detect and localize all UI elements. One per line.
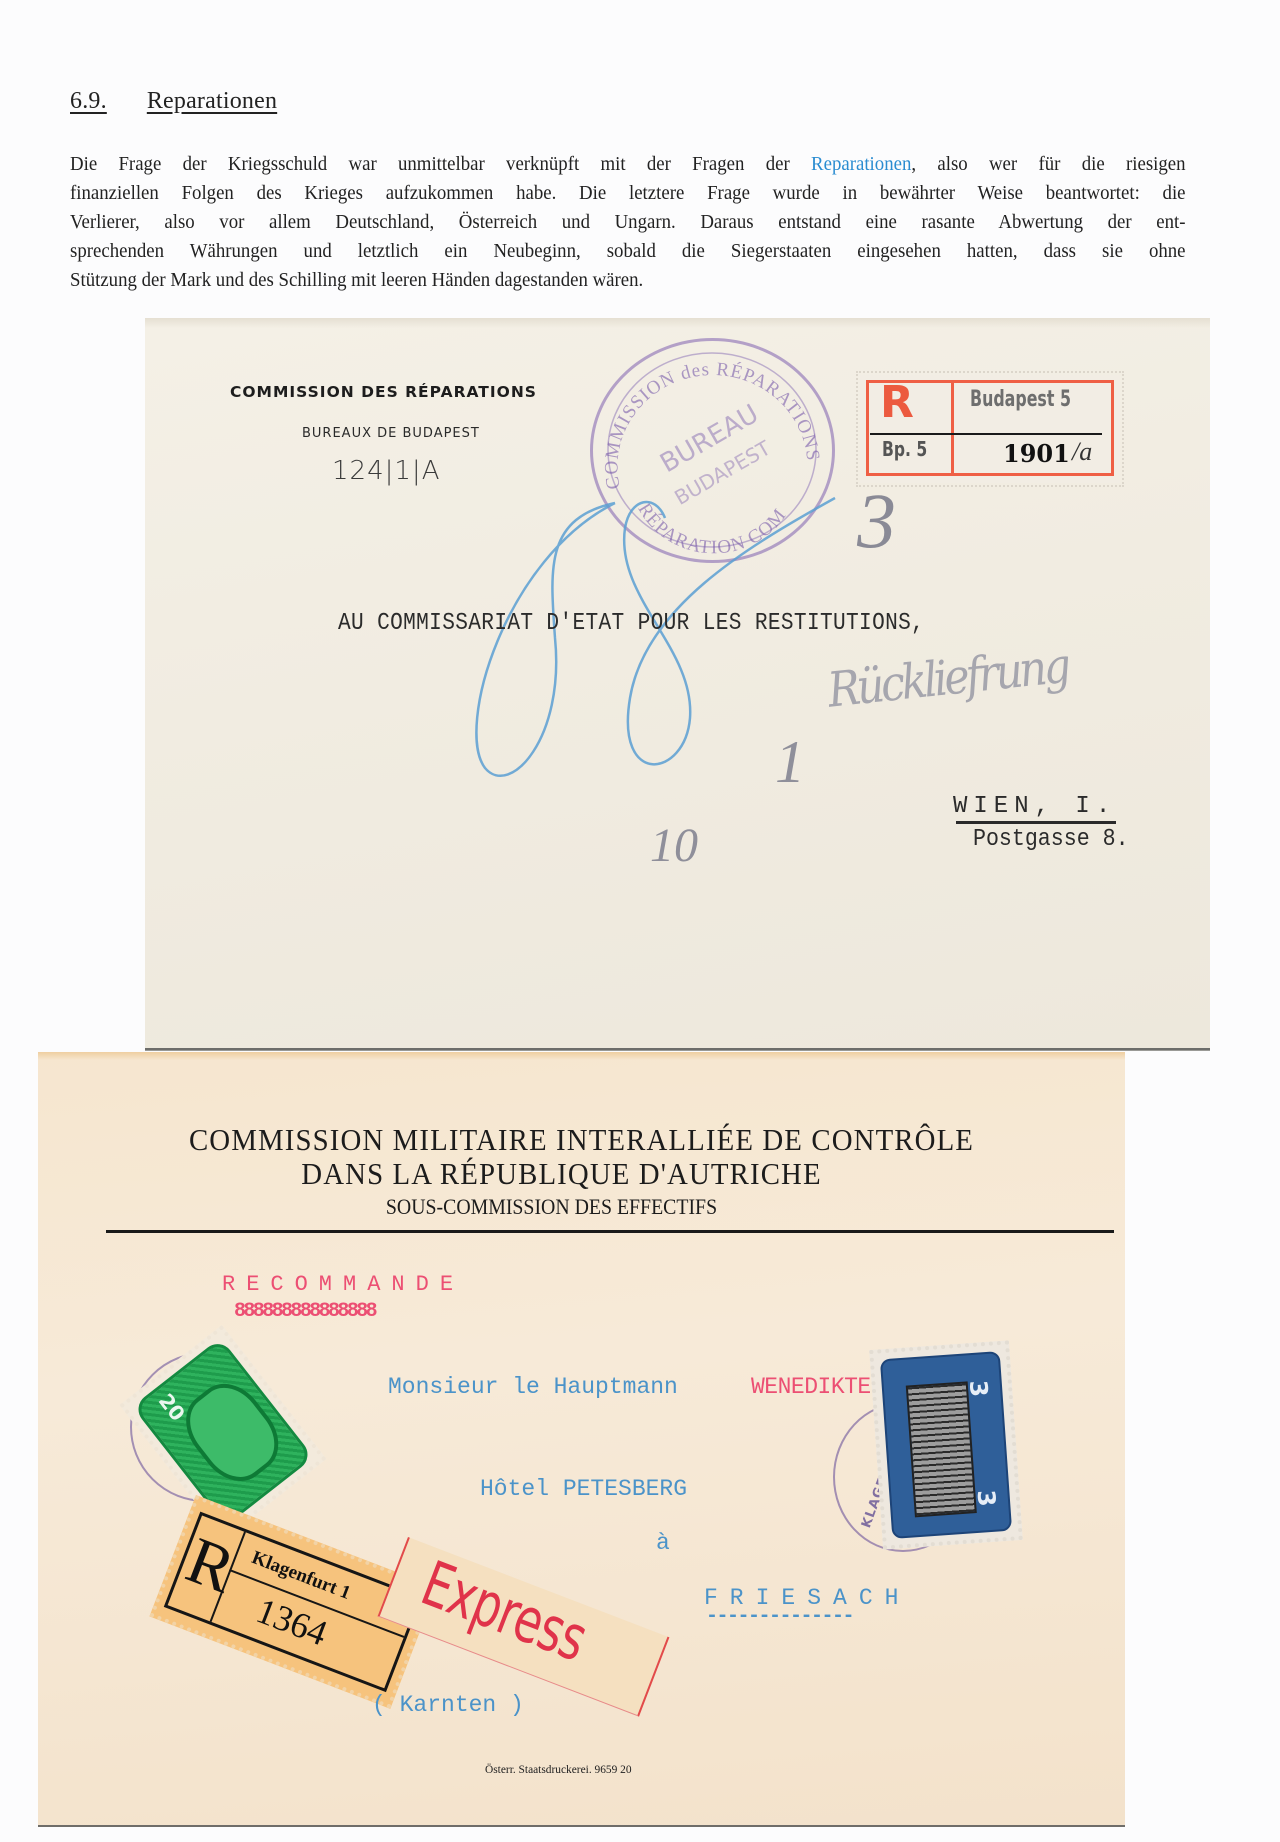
printer-imprint: Österr. Staatsdruckerei. 9659 20 [485, 1762, 632, 1777]
letterhead-subtitle: SOUS-COMMISSION DES EFFECTIFS [62, 1194, 1040, 1220]
reparationen-link[interactable]: Reparationen [811, 154, 911, 175]
envelope-torn-edge [38, 1052, 1125, 1060]
addressee-prefix: Monsieur le Hauptmann [388, 1374, 678, 1400]
recommande-marking: RECOMMANDE [222, 1272, 464, 1297]
intro-line: Stützung der Mark und des Schilling mit … [70, 266, 1186, 295]
stamp-value: 20 [154, 1389, 190, 1426]
handwritten-reference: 124|1|A [332, 456, 440, 486]
addressee-name: WENEDIKTER [751, 1374, 884, 1400]
pencil-mark-1: 1 [775, 728, 805, 797]
stamp-value: 3 [964, 1379, 993, 1398]
parliament-building-vignette [906, 1381, 977, 1517]
stamp-value: 3 [972, 1489, 1001, 1508]
registration-code: Bp. 5 [882, 437, 927, 461]
addressee-region: ( Karnten ) [372, 1692, 524, 1718]
section-heading: 6.9.Reparationen [70, 88, 277, 115]
registration-suffix: /a [1072, 437, 1092, 467]
envelope-budapest: COMMISSION DES RÉPARATIONS BUREAUX DE BU… [145, 318, 1210, 1050]
recipient-city: WIEN, I. [953, 793, 1116, 820]
registration-label-budapest: R Budapest 5 Bp. 5 1901 /a [860, 375, 1120, 483]
section-number: 6.9. [70, 88, 107, 114]
addressee-hotel: Hôtel PETESBERG [480, 1476, 687, 1502]
registration-number: 1901 [1003, 439, 1070, 468]
pencil-mark-3: 3 [857, 476, 896, 566]
express-text: Express [412, 1547, 596, 1676]
intro-line: Verlierer, also vor allem Deutschland, Ö… [70, 208, 1186, 237]
section-title: Reparationen [147, 88, 277, 114]
recommande-underline: 888888888888888 [234, 1300, 375, 1323]
recipient-address-line: AU COMMISSARIAT D'ETAT POUR LES RESTITUT… [338, 610, 924, 637]
intro-line: sprechenden Währungen und letztlich ein … [70, 237, 1186, 266]
letterhead-title: COMMISSION DES RÉPARATIONS [230, 383, 537, 401]
letterhead-rule [106, 1230, 1114, 1233]
letterhead-subtitle: BUREAUX DE BUDAPEST [302, 426, 480, 441]
intro-line: Die Frage der Kriegsschuld war unmittelb… [70, 150, 1186, 179]
pencil-mark-10: 10 [650, 818, 698, 873]
envelope-klagenfurt: COMMISSION MILITAIRE INTERALLIÉE DE CONT… [38, 1052, 1125, 1827]
addressee-preposition: à [656, 1530, 670, 1556]
pencil-annotation: Rückliefrung [825, 638, 1070, 719]
express-label: Express [378, 1537, 670, 1717]
city-underline [956, 821, 1116, 824]
intro-line: finanziellen Folgen des Krieges aufzukom… [70, 179, 1186, 208]
letterhead-title-line-2: DANS LA RÉPUBLIQUE D'AUTRICHE [56, 1156, 1067, 1192]
blue-3-kronen-stamp: 3 3 [869, 1340, 1023, 1549]
commission-seal-stamp: COMMISSION des RÉPARATIONS RÉPARATION CO… [590, 338, 835, 563]
registration-number: 1364 [251, 1589, 333, 1654]
registration-office: Budapest 5 [970, 387, 1071, 412]
recipient-street: Postgasse 8. [973, 826, 1129, 853]
city-underline: -------------- [706, 1605, 853, 1628]
registration-letter: R [880, 377, 914, 428]
letterhead-title-line-1: COMMISSION MILITAIRE INTERALLIÉE DE CONT… [76, 1122, 1087, 1158]
envelope-torn-edge [145, 318, 1210, 328]
intro-paragraph: Die Frage der Kriegsschuld war unmittelb… [70, 150, 1186, 295]
